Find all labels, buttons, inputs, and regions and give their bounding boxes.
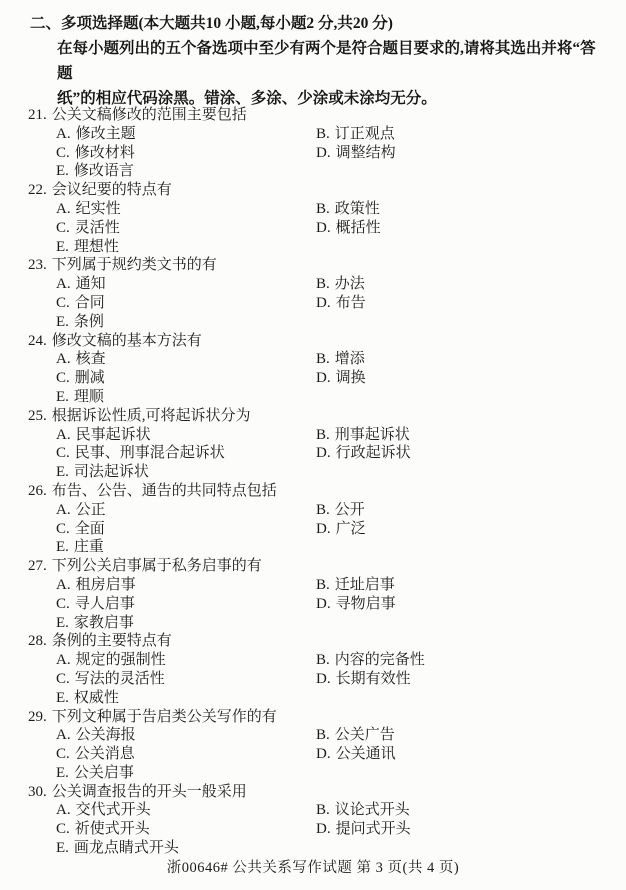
question-block: 29.下列文种属于告启类公关写作的有A.公关海报B.公关广告C.公关消息D.公关…	[0, 708, 626, 783]
option-label: C.	[56, 821, 70, 837]
option-text: 条例	[74, 314, 104, 330]
option: B.增添	[316, 350, 365, 369]
option-row: E.理顺	[0, 388, 626, 407]
option-text: 修改主题	[76, 126, 136, 142]
option-row: A.修改主题B.订正观点	[0, 125, 626, 144]
option-label: C.	[56, 145, 70, 161]
option: A.通知	[56, 275, 106, 294]
question-number: 27.	[28, 558, 47, 574]
option-row: C.祈使式开头D.提问式开头	[0, 820, 626, 839]
option-text: 民事起诉状	[76, 427, 151, 443]
option-label: E.	[56, 539, 69, 555]
option: B.刑事起诉状	[316, 426, 410, 445]
question-block: 30.公关调查报告的开头一般采用A.交代式开头B.议论式开头C.祈使式开头D.提…	[0, 783, 626, 858]
question-block: 22.会议纪要的特点有A.纪实性B.政策性C.灵活性D.概括性E.理想性	[0, 181, 626, 256]
option: A.租房启事	[56, 576, 136, 595]
question-stem: 下列公关启事属于私务启事的有	[52, 558, 262, 574]
option: D.提问式开头	[316, 820, 411, 839]
question-stem: 布告、公告、通告的共同特点包括	[52, 483, 277, 499]
option: C.寻人启事	[56, 595, 135, 614]
question-line: 28.条例的主要特点有	[0, 632, 626, 651]
option-text: 庄重	[74, 539, 104, 555]
section-header: 二、多项选择题(本大题共10 小题,每小题2 分,共20 分) 在每小题列出的五…	[0, 11, 626, 111]
option-label: D.	[316, 671, 331, 687]
option-text: 议论式开头	[335, 802, 410, 818]
option-label: B.	[316, 802, 330, 818]
option-row: C.删减D.调换	[0, 369, 626, 388]
option-row: E.公关启事	[0, 764, 626, 783]
option-text: 修改语言	[74, 163, 134, 179]
question-number: 25.	[28, 408, 47, 424]
question-stem: 根据诉讼性质,可将起诉状分为	[52, 408, 251, 424]
option-label: D.	[316, 521, 331, 537]
option-label: D.	[316, 370, 331, 386]
option-row: A.租房启事B.迁址启事	[0, 576, 626, 595]
option-text: 公关海报	[76, 727, 136, 743]
option-label: E.	[56, 464, 69, 480]
option-label: C.	[56, 370, 70, 386]
option: E.理顺	[56, 388, 104, 407]
option-label: B.	[316, 652, 330, 668]
question-number: 23.	[28, 257, 47, 273]
option: D.调整结构	[316, 144, 396, 163]
option-text: 布告	[336, 295, 366, 311]
option-row: C.灵活性D.概括性	[0, 219, 626, 238]
option-text: 公关广告	[335, 727, 395, 743]
option-label: E.	[56, 690, 69, 706]
question-stem: 会议纪要的特点有	[52, 182, 172, 198]
option-text: 长期有效性	[336, 671, 411, 687]
question-stem: 修改文稿的基本方法有	[52, 333, 202, 349]
question-line: 27.下列公关启事属于私务启事的有	[0, 557, 626, 576]
option: D.长期有效性	[316, 670, 411, 689]
question-line: 22.会议纪要的特点有	[0, 181, 626, 200]
option: C.公关消息	[56, 745, 135, 764]
option-text: 公关通讯	[336, 746, 396, 762]
option: B.政策性	[316, 200, 380, 219]
option-row: A.核查B.增添	[0, 350, 626, 369]
question-block: 21.公关文稿修改的范围主要包括A.修改主题B.订正观点C.修改材料D.调整结构…	[0, 106, 626, 181]
question-block: 23.下列属于规约类文书的有A.通知B.办法C.合同D.布告E.条例	[0, 256, 626, 331]
option-label: E.	[56, 765, 69, 781]
option: E.条例	[56, 313, 104, 332]
option-label: C.	[56, 295, 70, 311]
option: D.行政起诉状	[316, 444, 411, 463]
question-stem: 下列文种属于告启类公关写作的有	[52, 709, 277, 725]
option-label: B.	[316, 577, 330, 593]
option: E.修改语言	[56, 162, 134, 181]
question-line: 29.下列文种属于告启类公关写作的有	[0, 708, 626, 727]
option-text: 权威性	[74, 690, 119, 706]
option-text: 增添	[335, 351, 365, 367]
option-label: B.	[316, 276, 330, 292]
option: E.公关启事	[56, 764, 134, 783]
option-text: 交代式开头	[76, 802, 151, 818]
option: E.家教启事	[56, 614, 134, 633]
option-label: E.	[56, 239, 69, 255]
option-text: 核查	[76, 351, 106, 367]
option-text: 灵活性	[75, 220, 120, 236]
option-text: 调换	[336, 370, 366, 386]
option-row: E.家教启事	[0, 614, 626, 633]
option-label: D.	[316, 445, 331, 461]
option-row: C.合同D.布告	[0, 294, 626, 313]
option-row: A.规定的强制性B.内容的完备性	[0, 651, 626, 670]
option-label: E.	[56, 840, 69, 856]
option-label: B.	[316, 201, 330, 217]
option-text: 公开	[335, 502, 365, 518]
option-text: 行政起诉状	[336, 445, 411, 461]
option-text: 租房启事	[76, 577, 136, 593]
option: A.纪实性	[56, 200, 121, 219]
question-number: 26.	[28, 483, 47, 499]
option-text: 删减	[75, 370, 105, 386]
option-row: E.庄重	[0, 538, 626, 557]
option: D.广泛	[316, 520, 366, 539]
option-text: 订正观点	[335, 126, 395, 142]
option-label: D.	[316, 821, 331, 837]
option: B.公开	[316, 501, 365, 520]
option-label: D.	[316, 596, 331, 612]
question-stem: 公关文稿修改的范围主要包括	[52, 107, 247, 123]
option: D.公关通讯	[316, 745, 396, 764]
option-label: A.	[56, 201, 71, 217]
question-line: 23.下列属于规约类文书的有	[0, 256, 626, 275]
option-label: D.	[316, 145, 331, 161]
option-label: D.	[316, 220, 331, 236]
question-stem: 下列属于规约类文书的有	[52, 257, 217, 273]
option: B.公关广告	[316, 726, 395, 745]
option-text: 寻物启事	[336, 596, 396, 612]
option-row: A.民事起诉状B.刑事起诉状	[0, 426, 626, 445]
option: A.公正	[56, 501, 106, 520]
option: B.办法	[316, 275, 365, 294]
option-row: C.全面D.广泛	[0, 520, 626, 539]
option-text: 理顺	[74, 389, 104, 405]
option-label: C.	[56, 521, 70, 537]
option-row: C.寻人启事D.寻物启事	[0, 595, 626, 614]
option-text: 公正	[76, 502, 106, 518]
question-block: 24.修改文稿的基本方法有A.核查B.增添C.删减D.调换E.理顺	[0, 332, 626, 407]
option-text: 政策性	[335, 201, 380, 217]
question-line: 25.根据诉讼性质,可将起诉状分为	[0, 407, 626, 426]
section-title: 二、多项选择题(本大题共10 小题,每小题2 分,共20 分)	[0, 11, 626, 36]
option-text: 广泛	[336, 521, 366, 537]
option-label: B.	[316, 727, 330, 743]
option-row: E.司法起诉状	[0, 463, 626, 482]
option: C.删减	[56, 369, 105, 388]
option: D.概括性	[316, 219, 381, 238]
option-row: C.公关消息D.公关通讯	[0, 745, 626, 764]
option: B.迁址启事	[316, 576, 395, 595]
option-text: 迁址启事	[335, 577, 395, 593]
question-line: 21.公关文稿修改的范围主要包括	[0, 106, 626, 125]
option-row: A.通知B.办法	[0, 275, 626, 294]
option: A.规定的强制性	[56, 651, 166, 670]
question-number: 24.	[28, 333, 47, 349]
question-line: 24.修改文稿的基本方法有	[0, 332, 626, 351]
option-text: 概括性	[336, 220, 381, 236]
option: B.议论式开头	[316, 801, 410, 820]
option-label: C.	[56, 671, 70, 687]
option-label: A.	[56, 427, 71, 443]
option-row: C.写法的灵活性D.长期有效性	[0, 670, 626, 689]
option-row: E.修改语言	[0, 162, 626, 181]
option: C.合同	[56, 294, 105, 313]
option-text: 规定的强制性	[76, 652, 166, 668]
page-footer: 浙00646# 公共关系写作试题 第 3 页(共 4 页)	[0, 856, 626, 877]
option: E.理想性	[56, 238, 119, 257]
question-stem: 条例的主要特点有	[52, 633, 172, 649]
option: B.内容的完备性	[316, 651, 425, 670]
option-text: 家教启事	[74, 615, 134, 631]
question-stem: 公关调查报告的开头一般采用	[52, 784, 247, 800]
option-text: 提问式开头	[336, 821, 411, 837]
question-number: 30.	[28, 784, 47, 800]
option-label: D.	[316, 746, 331, 762]
question-number: 21.	[28, 107, 47, 123]
option: A.公关海报	[56, 726, 136, 745]
option-label: A.	[56, 652, 71, 668]
option: C.灵活性	[56, 219, 120, 238]
option-label: B.	[316, 351, 330, 367]
option-text: 公关启事	[74, 765, 134, 781]
option-label: A.	[56, 727, 71, 743]
question-block: 28.条例的主要特点有A.规定的强制性B.内容的完备性C.写法的灵活性D.长期有…	[0, 632, 626, 707]
option-text: 通知	[76, 276, 106, 292]
option-text: 调整结构	[336, 145, 396, 161]
question-block: 27.下列公关启事属于私务启事的有A.租房启事B.迁址启事C.寻人启事D.寻物启…	[0, 557, 626, 632]
option-text: 合同	[75, 295, 105, 311]
option-label: A.	[56, 502, 71, 518]
option: B.订正观点	[316, 125, 395, 144]
option: E.权威性	[56, 689, 119, 708]
option-text: 办法	[335, 276, 365, 292]
option: E.庄重	[56, 538, 104, 557]
option-label: A.	[56, 577, 71, 593]
option-label: C.	[56, 596, 70, 612]
option-row: C.民事、刑事混合起诉状D.行政起诉状	[0, 444, 626, 463]
option: A.民事起诉状	[56, 426, 151, 445]
option-text: 写法的灵活性	[75, 671, 165, 687]
option-text: 司法起诉状	[74, 464, 149, 480]
question-line: 30.公关调查报告的开头一般采用	[0, 783, 626, 802]
option: A.交代式开头	[56, 801, 151, 820]
option-text: 修改材料	[75, 145, 135, 161]
option-text: 寻人启事	[75, 596, 135, 612]
option-row: E.条例	[0, 313, 626, 332]
option: D.调换	[316, 369, 366, 388]
question-block: 25.根据诉讼性质,可将起诉状分为A.民事起诉状B.刑事起诉状C.民事、刑事混合…	[0, 407, 626, 482]
option-label: E.	[56, 389, 69, 405]
option-row: A.交代式开头B.议论式开头	[0, 801, 626, 820]
option-label: B.	[316, 126, 330, 142]
option: C.写法的灵活性	[56, 670, 165, 689]
option: E.司法起诉状	[56, 463, 149, 482]
option-label: A.	[56, 126, 71, 142]
option-label: E.	[56, 314, 69, 330]
question-number: 22.	[28, 182, 47, 198]
option: A.修改主题	[56, 125, 136, 144]
option-row: C.修改材料D.调整结构	[0, 144, 626, 163]
instruction-line-1: 在每小题列出的五个备选项中至少有两个是符合题目要求的,请将其选出并将“答题	[0, 36, 626, 86]
option-text: 公关消息	[75, 746, 135, 762]
question-list: 21.公关文稿修改的范围主要包括A.修改主题B.订正观点C.修改材料D.调整结构…	[0, 106, 626, 858]
option-text: 画龙点睛式开头	[74, 840, 179, 856]
option-text: 祈使式开头	[75, 821, 150, 837]
option: C.修改材料	[56, 144, 135, 163]
option-label: B.	[316, 502, 330, 518]
option: D.布告	[316, 294, 366, 313]
option-label: E.	[56, 615, 69, 631]
option-text: 民事、刑事混合起诉状	[75, 445, 225, 461]
option-row: A.公正B.公开	[0, 501, 626, 520]
option-row: A.纪实性B.政策性	[0, 200, 626, 219]
option-row: E.权威性	[0, 689, 626, 708]
option: C.全面	[56, 520, 105, 539]
option: C.祈使式开头	[56, 820, 150, 839]
question-line: 26.布告、公告、通告的共同特点包括	[0, 482, 626, 501]
option-label: B.	[316, 427, 330, 443]
question-number: 28.	[28, 633, 47, 649]
option-text: 理想性	[74, 239, 119, 255]
option: A.核查	[56, 350, 106, 369]
question-number: 29.	[28, 709, 47, 725]
footer-text: 浙00646# 公共关系写作试题 第 3 页(共 4 页)	[167, 860, 459, 876]
option: D.寻物启事	[316, 595, 396, 614]
option-text: 刑事起诉状	[335, 427, 410, 443]
option-label: C.	[56, 220, 70, 236]
option-label: C.	[56, 445, 70, 461]
option-label: A.	[56, 351, 71, 367]
option: C.民事、刑事混合起诉状	[56, 444, 225, 463]
option-text: 纪实性	[76, 201, 121, 217]
option-row: A.公关海报B.公关广告	[0, 726, 626, 745]
option-label: A.	[56, 802, 71, 818]
question-block: 26.布告、公告、通告的共同特点包括A.公正B.公开C.全面D.广泛E.庄重	[0, 482, 626, 557]
option-text: 内容的完备性	[335, 652, 425, 668]
option-label: D.	[316, 295, 331, 311]
option-text: 全面	[75, 521, 105, 537]
exam-page: 二、多项选择题(本大题共10 小题,每小题2 分,共20 分) 在每小题列出的五…	[0, 0, 626, 890]
option-row: E.理想性	[0, 238, 626, 257]
option-label: E.	[56, 163, 69, 179]
option-label: C.	[56, 746, 70, 762]
option-label: A.	[56, 276, 71, 292]
